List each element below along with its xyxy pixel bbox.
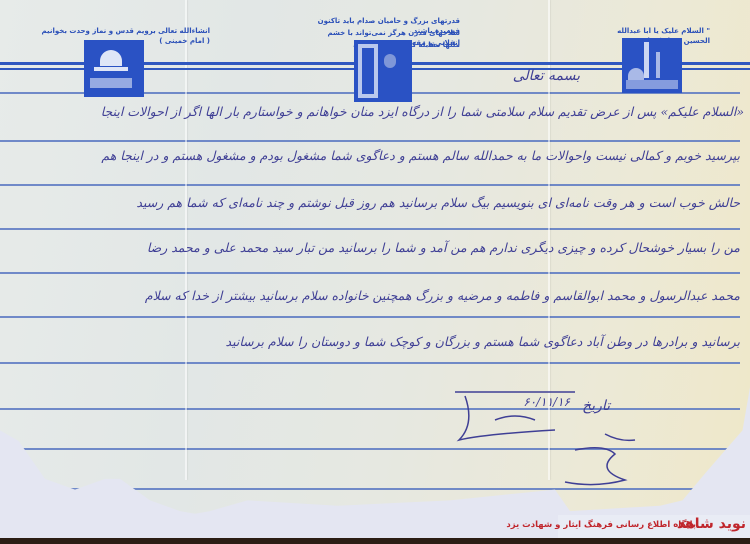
signature-scribble	[445, 384, 645, 494]
ruled-line	[0, 272, 740, 274]
letter-line-4: من را بسیار خوشحال کرده و چیزی دیگری ندا…	[20, 240, 740, 255]
ruled-line	[0, 184, 740, 186]
letter-line-5: محمد عبدالرسول و محمد ابوالقاسم و فاطمه …	[30, 288, 740, 303]
salutation: بسمه تعالی	[440, 68, 580, 84]
ruled-line	[0, 228, 740, 230]
ruled-line	[0, 316, 740, 318]
ruled-line	[0, 362, 740, 364]
scan-border	[0, 538, 750, 544]
letter-line-6: برسانید و برادرها در وطن آباد دعاگوی شما…	[80, 334, 740, 349]
watermark-text: پایگاه اطلاع رسانی فرهنگ ایثار و شهادت ی…	[506, 520, 696, 530]
watermark-banner: نوید شاهد پایگاه اطلاع رسانی فرهنگ ایثار…	[558, 515, 750, 538]
karbala-shrine-image	[622, 38, 682, 93]
letter-line-2: بپرسید خوبم و کمالی نیست واحوالات ما به …	[20, 148, 740, 163]
ruled-line	[0, 140, 740, 142]
letter-line-1: «السلام علیکم» پس از عرض تقدیم سلام سلام…	[4, 104, 744, 119]
letter-line-3: حالش خوب است و هر وقت نامه‌ای ای بنویسیم…	[20, 195, 740, 210]
dome-of-the-rock-image	[84, 40, 144, 97]
imam-khomeini-portrait	[354, 40, 412, 102]
